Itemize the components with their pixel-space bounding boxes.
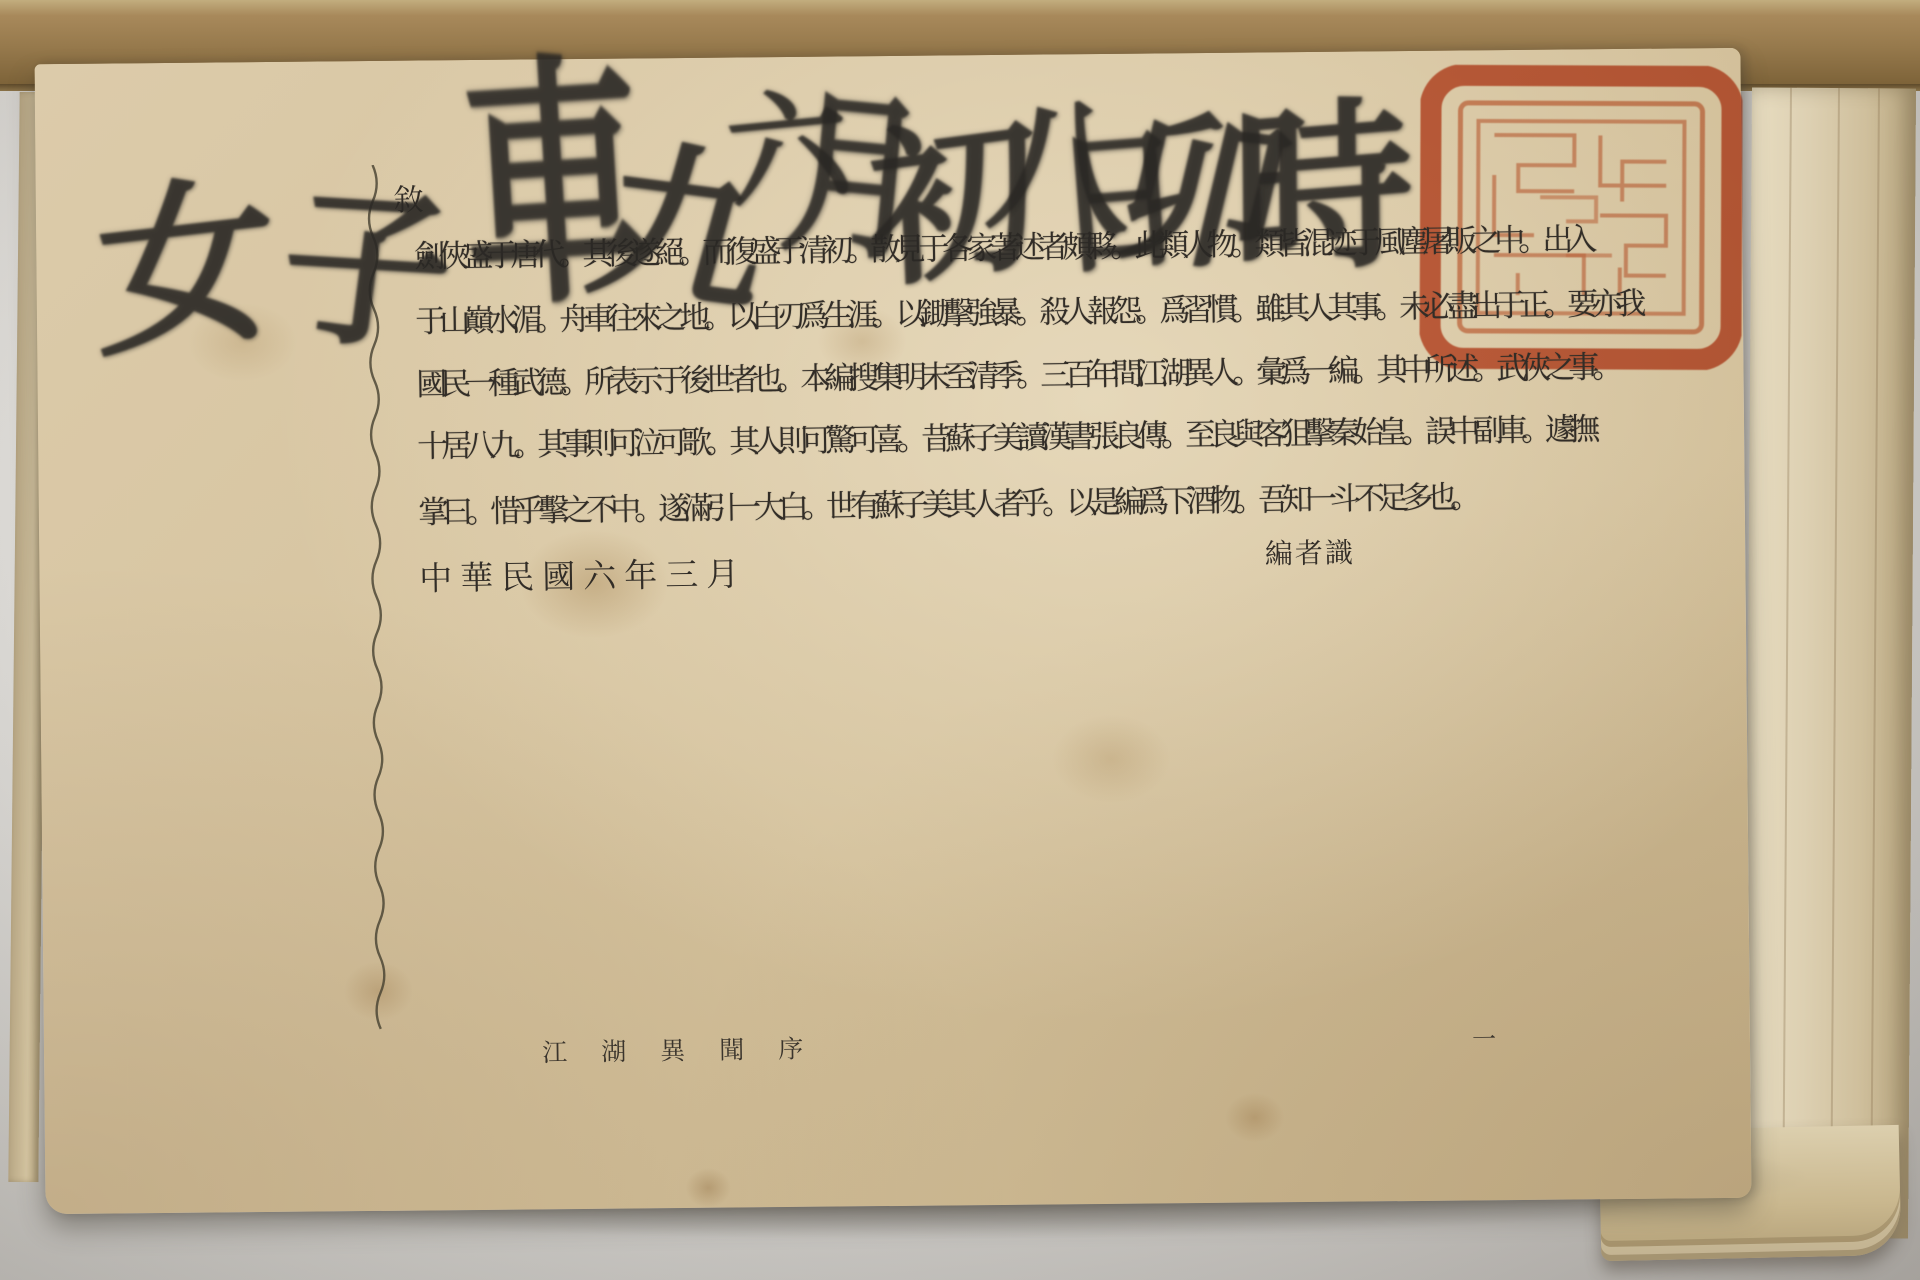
- page-edge-streak: [1782, 88, 1792, 1238]
- page-edge-streak: [1830, 88, 1840, 1238]
- handwriting-glyph: 子: [272, 184, 462, 361]
- handwriting-glyph: 女: [96, 170, 275, 369]
- page-block-fore-edge: [1744, 87, 1916, 1238]
- page-edge-streak: [1870, 88, 1880, 1238]
- book-page: 敘 劍俠盛于唐代。其後遂絕。而復盛于清初。散見于各家著述者頗夥。此類人物。類皆混…: [35, 48, 1752, 1214]
- handwriting-glyph: 時: [1231, 94, 1414, 291]
- brush-inscription: 女 子 車 九 六 月 初 八 日 卯 時: [35, 48, 1752, 1214]
- photo-of-open-book: 敘 劍俠盛于唐代。其後遂絕。而復盛于清初。散見于各家著述者頗夥。此類人物。類皆混…: [0, 0, 1920, 1280]
